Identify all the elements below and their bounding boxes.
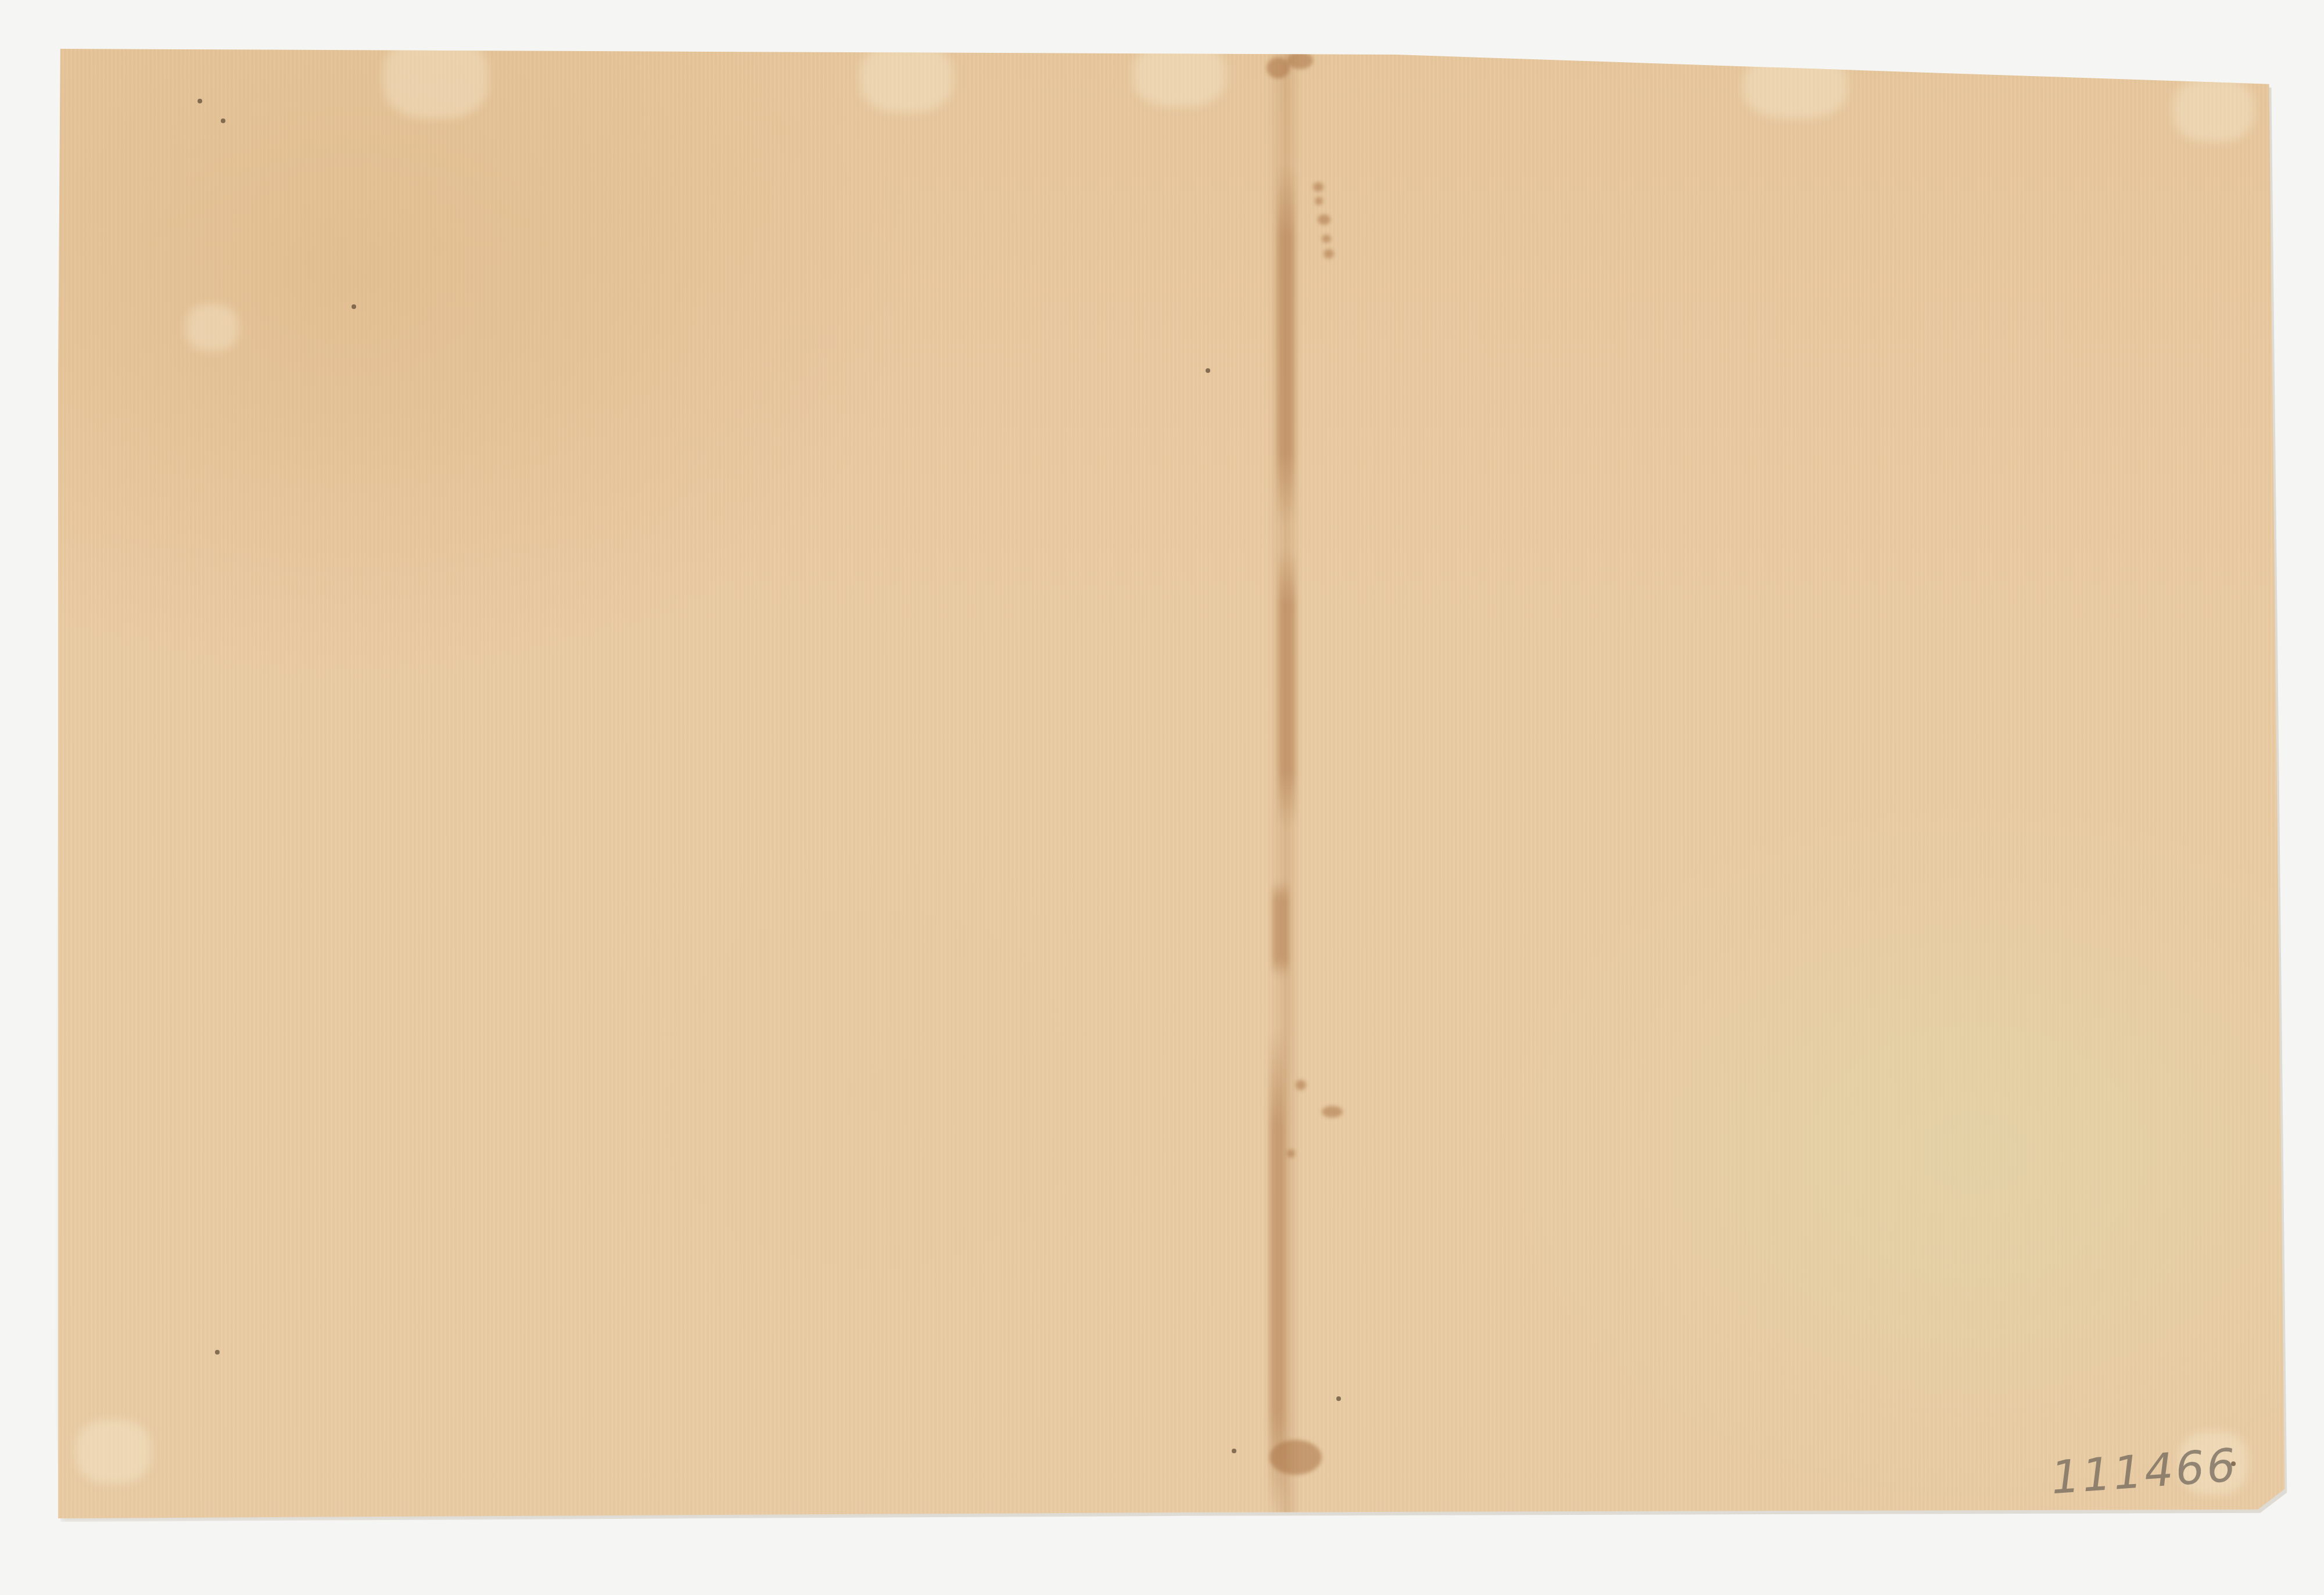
foxing-stain <box>1324 249 1334 258</box>
fold-stain-streak <box>1277 165 1294 525</box>
tape-residue-mark <box>76 1420 151 1483</box>
scan-scene: 111466 <box>0 0 2324 1595</box>
fold-stain-streak <box>1269 1030 1285 1507</box>
fold-stain-streak <box>1278 548 1296 827</box>
foxing-stain <box>1318 214 1330 225</box>
paper-speck <box>1232 1449 1236 1453</box>
paper-speck <box>221 118 225 123</box>
tape-residue-mark <box>383 37 488 118</box>
foxing-stain <box>1287 1149 1295 1158</box>
foxing-stain <box>1322 235 1331 243</box>
paper-speck <box>198 99 202 103</box>
tape-residue-mark <box>860 43 953 113</box>
tape-residue-mark <box>1133 43 1226 107</box>
tape-residue-mark <box>186 304 238 351</box>
paper-speck <box>352 304 356 309</box>
fold-stain-streak <box>1272 879 1289 978</box>
paper-speck <box>1206 368 1210 373</box>
foxing-stain <box>1296 1080 1306 1090</box>
paper-speck <box>215 1350 220 1355</box>
foxing-stain <box>1269 1440 1322 1475</box>
paper-speck <box>1336 1396 1341 1401</box>
tape-residue-mark <box>2173 78 2254 142</box>
tape-residue-mark <box>1743 55 1848 118</box>
paper-sheet: 111466 <box>58 49 2289 1518</box>
foxing-stain <box>1313 182 1324 192</box>
foxing-stain <box>1322 1106 1343 1118</box>
foxing-stain <box>1287 52 1313 69</box>
foxing-stain <box>1315 197 1323 205</box>
foxing-stain <box>1267 58 1290 78</box>
